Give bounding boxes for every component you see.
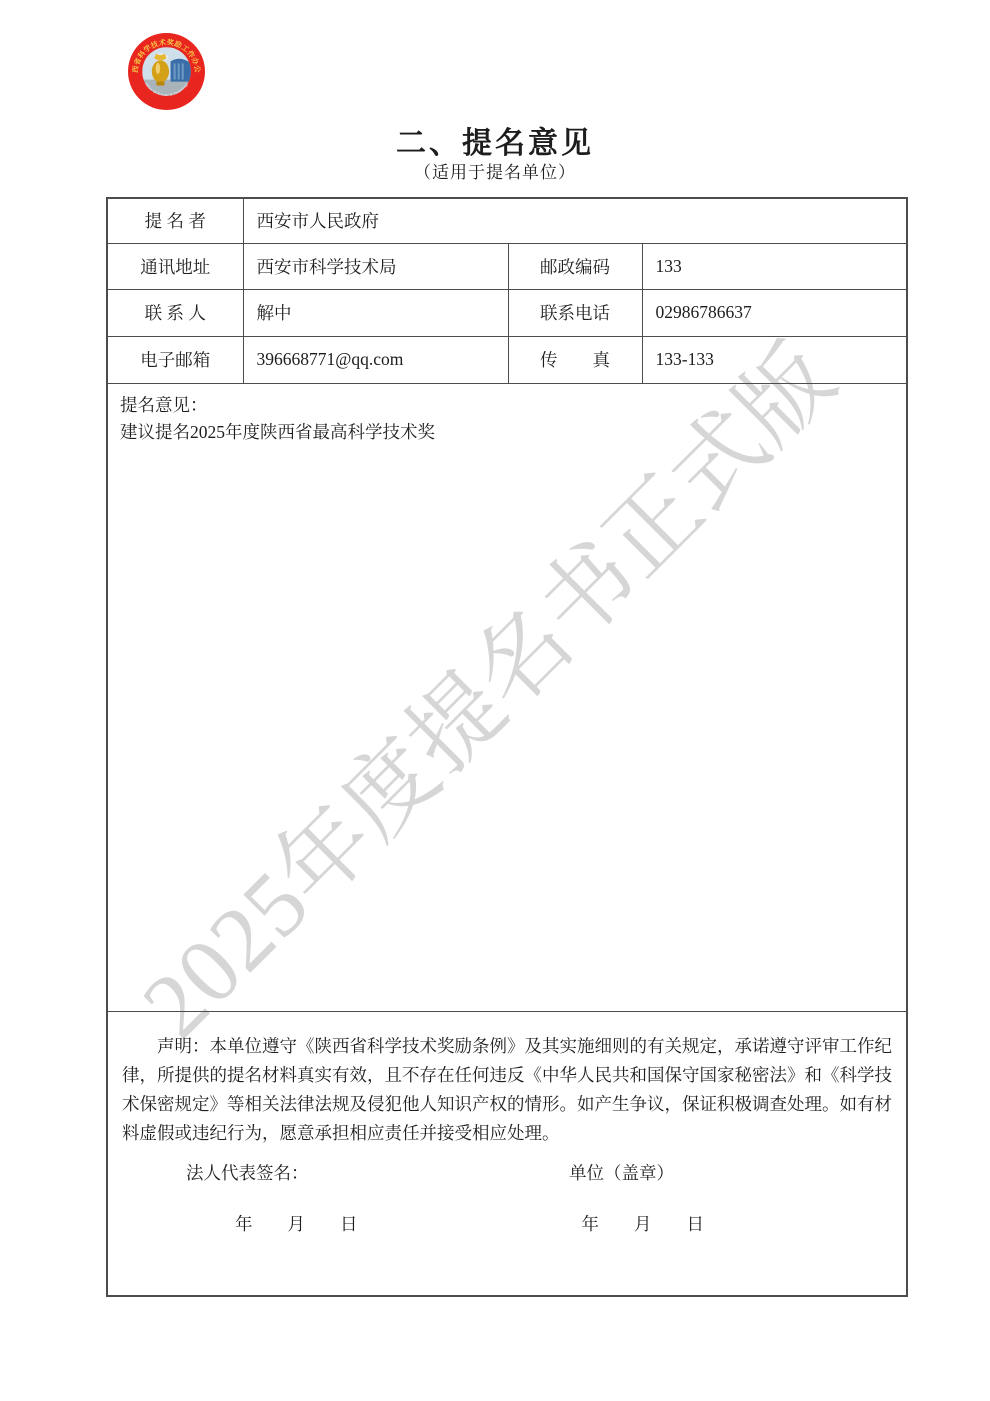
row-opinion: 提名意见： 建议提名2025年度陕西省最高科学技术奖	[107, 383, 907, 1011]
postcode-value: 133	[642, 243, 907, 289]
email-value: 396668771@qq.com	[243, 336, 508, 383]
postcode-label: 邮政编码	[508, 243, 642, 289]
address-label: 通讯地址	[107, 243, 243, 289]
declaration-text: 声明：本单位遵守《陕西省科学技术奖励条例》及其实施细则的有关规定，承诺遵守评审工…	[122, 1032, 892, 1148]
opinion-content: 建议提名2025年度陕西省最高科学技术奖	[120, 419, 894, 446]
contact-label: 联 系 人	[107, 289, 243, 336]
phone-value: 02986786637	[642, 289, 907, 336]
org-seal-icon: 陕西省科学技术奖励工作办公室 Office Of Science & Techn…	[128, 33, 205, 110]
row-address: 通讯地址 西安市科学技术局 邮政编码 133	[107, 243, 907, 289]
page-subtitle: （适用于提名单位）	[0, 158, 990, 183]
email-label: 电子邮箱	[107, 336, 243, 383]
nominator-value: 西安市人民政府	[243, 198, 907, 243]
row-declaration: 声明：本单位遵守《陕西省科学技术奖励条例》及其实施细则的有关规定，承诺遵守评审工…	[107, 1011, 907, 1296]
nominator-label: 提 名 者	[107, 198, 243, 243]
declaration-cell: 声明：本单位遵守《陕西省科学技术奖励条例》及其实施细则的有关规定，承诺遵守评审工…	[107, 1011, 907, 1296]
fax-label: 传 真	[508, 336, 642, 383]
nomination-form-table: 提 名 者 西安市人民政府 通讯地址 西安市科学技术局 邮政编码 133 联 系…	[106, 197, 908, 1297]
legal-representative-signature-label: 法人代表签名：	[186, 1160, 309, 1185]
phone-label: 联系电话	[508, 289, 642, 336]
row-email: 电子邮箱 396668771@qq.com 传 真 133-133	[107, 336, 907, 383]
document-page: 2025年度提名书正式版	[0, 0, 990, 1401]
contact-value: 解中	[243, 289, 508, 336]
row-contact: 联 系 人 解中 联系电话 02986786637	[107, 289, 907, 336]
unit-seal-label: 单位（盖章）	[569, 1160, 674, 1185]
date-right-label: 年 月 日	[582, 1211, 705, 1236]
page-title: 二、提名意见	[0, 118, 990, 162]
org-seal-logo: 陕西省科学技术奖励工作办公室 Office Of Science & Techn…	[128, 33, 205, 110]
address-value: 西安市科学技术局	[243, 243, 508, 289]
opinion-cell: 提名意见： 建议提名2025年度陕西省最高科学技术奖	[107, 383, 907, 1011]
opinion-label: 提名意见：	[120, 392, 894, 419]
signature-row: 法人代表签名： 单位（盖章）	[122, 1160, 892, 1185]
fax-value: 133-133	[642, 336, 907, 383]
date-row: 年 月 日 年 月 日	[122, 1211, 892, 1236]
date-left-label: 年 月 日	[235, 1211, 358, 1236]
trophy-icon	[152, 60, 169, 82]
row-nominator: 提 名 者 西安市人民政府	[107, 198, 907, 243]
